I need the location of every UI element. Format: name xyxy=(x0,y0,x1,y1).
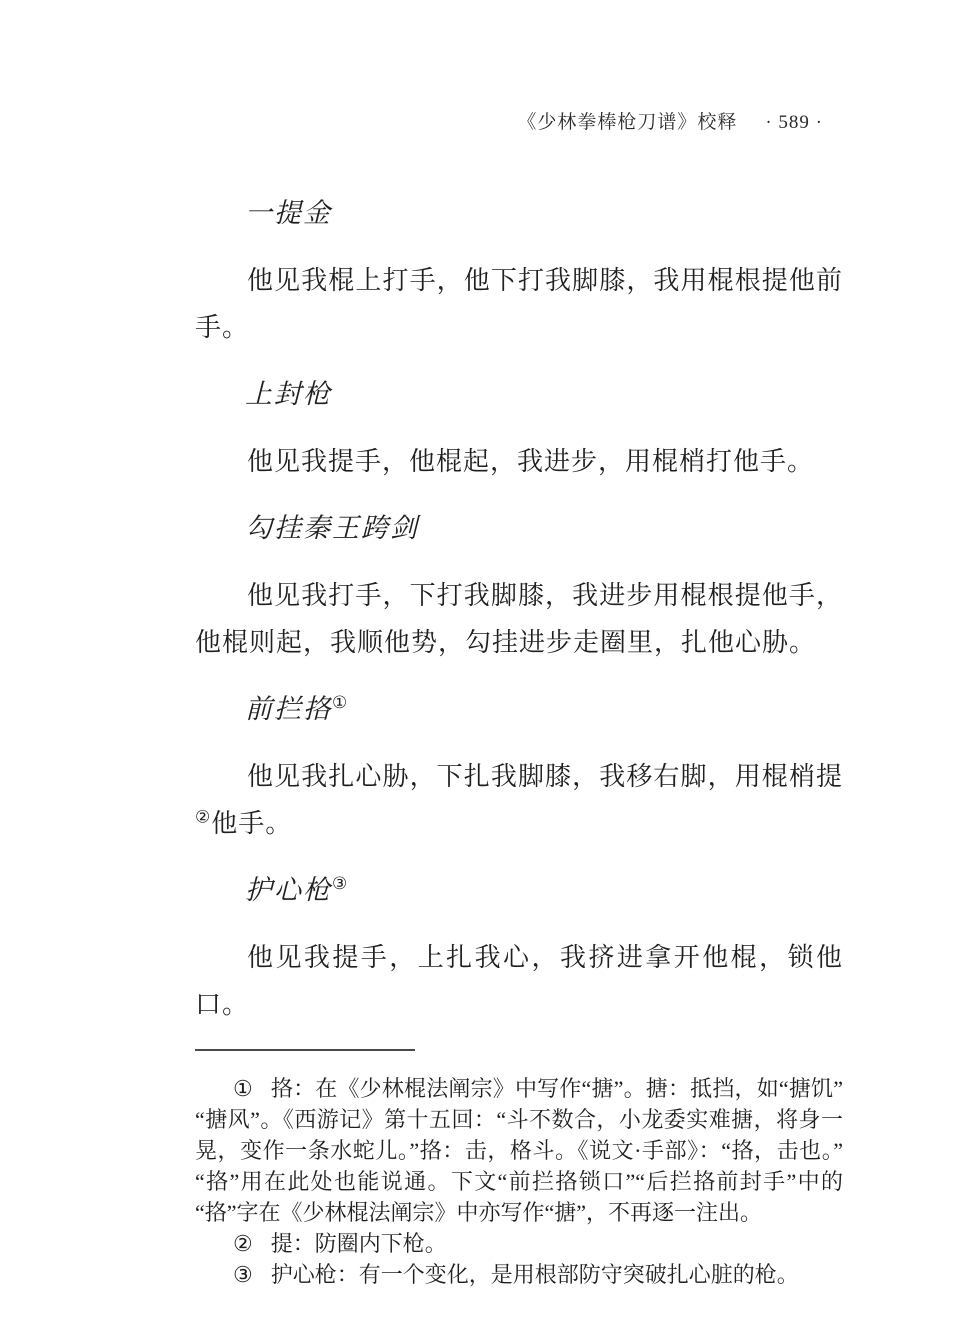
technique-description: 他见我打手，下打我脚膝，我进步用棍根提他手，他棍则起，我顺他势，勾挂进步走圈里，… xyxy=(195,572,843,666)
technique-section: 前拦挌① 他见我扎心胁，下扎我脚膝，我移右脚，用棍梢提②他手。 xyxy=(195,686,843,847)
heading-text: 勾挂秦王跨剑 xyxy=(245,513,419,543)
footnote-item: ③护心枪：有一个变化，是用根部防守突破扎心脏的枪。 xyxy=(195,1259,843,1290)
running-title: 《少林拳棒枪刀谱》校释 xyxy=(517,112,737,133)
body-text: 他见我提手，上扎我心，我挤进拿开他棍，锁他口。 xyxy=(195,943,843,1019)
technique-heading: 前拦挌① xyxy=(195,686,843,733)
technique-section: 护心枪③ 他见我提手，上扎我心，我挤进拿开他棍，锁他口。 xyxy=(195,867,843,1028)
footnote-ref: ② xyxy=(195,807,211,826)
technique-section: 上封枪 他见我提手，他棍起，我进步，用棍梢打他手。 xyxy=(195,371,843,485)
footnote-marker: ③ xyxy=(233,1262,253,1287)
footnote-item: ②提：防圈内下枪。 xyxy=(195,1228,843,1259)
footnote-text: 挌：在《少林棍法阐宗》中写作“搪”。搪：抵挡，如“搪饥”“搪风”。《西游记》第十… xyxy=(195,1076,843,1225)
body-text: 他见我棍上打手，他下打我脚膝，我用棍根提他前手。 xyxy=(195,266,843,342)
technique-section: 一提金 他见我棍上打手，他下打我脚膝，我用棍根提他前手。 xyxy=(195,190,843,351)
footnote-text: 提：防圈内下枪。 xyxy=(271,1231,447,1256)
footnote-text: 护心枪：有一个变化，是用根部防守突破扎心脏的枪。 xyxy=(271,1262,799,1287)
book-page: 《少林拳棒枪刀谱》校释· 589 · 一提金 他见我棍上打手，他下打我脚膝，我用… xyxy=(0,0,960,1344)
technique-description: 他见我提手，上扎我心，我挤进拿开他棍，锁他口。 xyxy=(195,934,843,1028)
footnote-item: ①挌：在《少林棍法阐宗》中写作“搪”。搪：抵挡，如“搪饥”“搪风”。《西游记》第… xyxy=(195,1073,843,1228)
body-text: 他见我提手，他棍起，我进步，用棍梢打他手。 xyxy=(247,447,814,476)
heading-text: 一提金 xyxy=(245,198,332,228)
technique-heading: 勾挂秦王跨剑 xyxy=(195,505,843,552)
technique-heading: 护心枪③ xyxy=(195,867,843,914)
footnote-ref: ① xyxy=(332,693,349,712)
page-header: 《少林拳棒枪刀谱》校释· 589 · xyxy=(195,110,843,136)
footnote-marker: ① xyxy=(233,1076,253,1101)
heading-text: 上封枪 xyxy=(245,379,332,409)
technique-description: 他见我提手，他棍起，我进步，用棍梢打他手。 xyxy=(195,438,843,485)
page-content: 一提金 他见我棍上打手，他下打我脚膝，我用棍根提他前手。 上封枪 他见我提手，他… xyxy=(195,136,843,1290)
heading-text: 护心枪 xyxy=(245,875,332,905)
technique-section: 勾挂秦王跨剑 他见我打手，下打我脚膝，我进步用棍根提他手，他棍则起，我顺他势，勾… xyxy=(195,505,843,666)
footnote-marker: ② xyxy=(233,1231,253,1256)
footnote-ref: ③ xyxy=(332,874,349,893)
footnotes: ①挌：在《少林棍法阐宗》中写作“搪”。搪：抵挡，如“搪饥”“搪风”。《西游记》第… xyxy=(195,1073,843,1290)
technique-description: 他见我扎心胁，下扎我脚膝，我移右脚，用棍梢提②他手。 xyxy=(195,753,843,847)
technique-description: 他见我棍上打手，他下打我脚膝，我用棍根提他前手。 xyxy=(195,257,843,351)
body-text: 他见我扎心胁，下扎我脚膝，我移右脚，用棍梢提 xyxy=(247,762,843,791)
heading-text: 前拦挌 xyxy=(245,694,332,724)
technique-heading: 一提金 xyxy=(195,190,843,237)
footnote-divider xyxy=(195,1049,415,1051)
technique-heading: 上封枪 xyxy=(195,371,843,418)
body-text: 他手。 xyxy=(211,809,292,838)
page-number: · 589 · xyxy=(765,112,823,133)
body-text: 他见我打手，下打我脚膝，我进步用棍根提他手，他棍则起，我顺他势，勾挂进步走圈里，… xyxy=(195,581,843,657)
